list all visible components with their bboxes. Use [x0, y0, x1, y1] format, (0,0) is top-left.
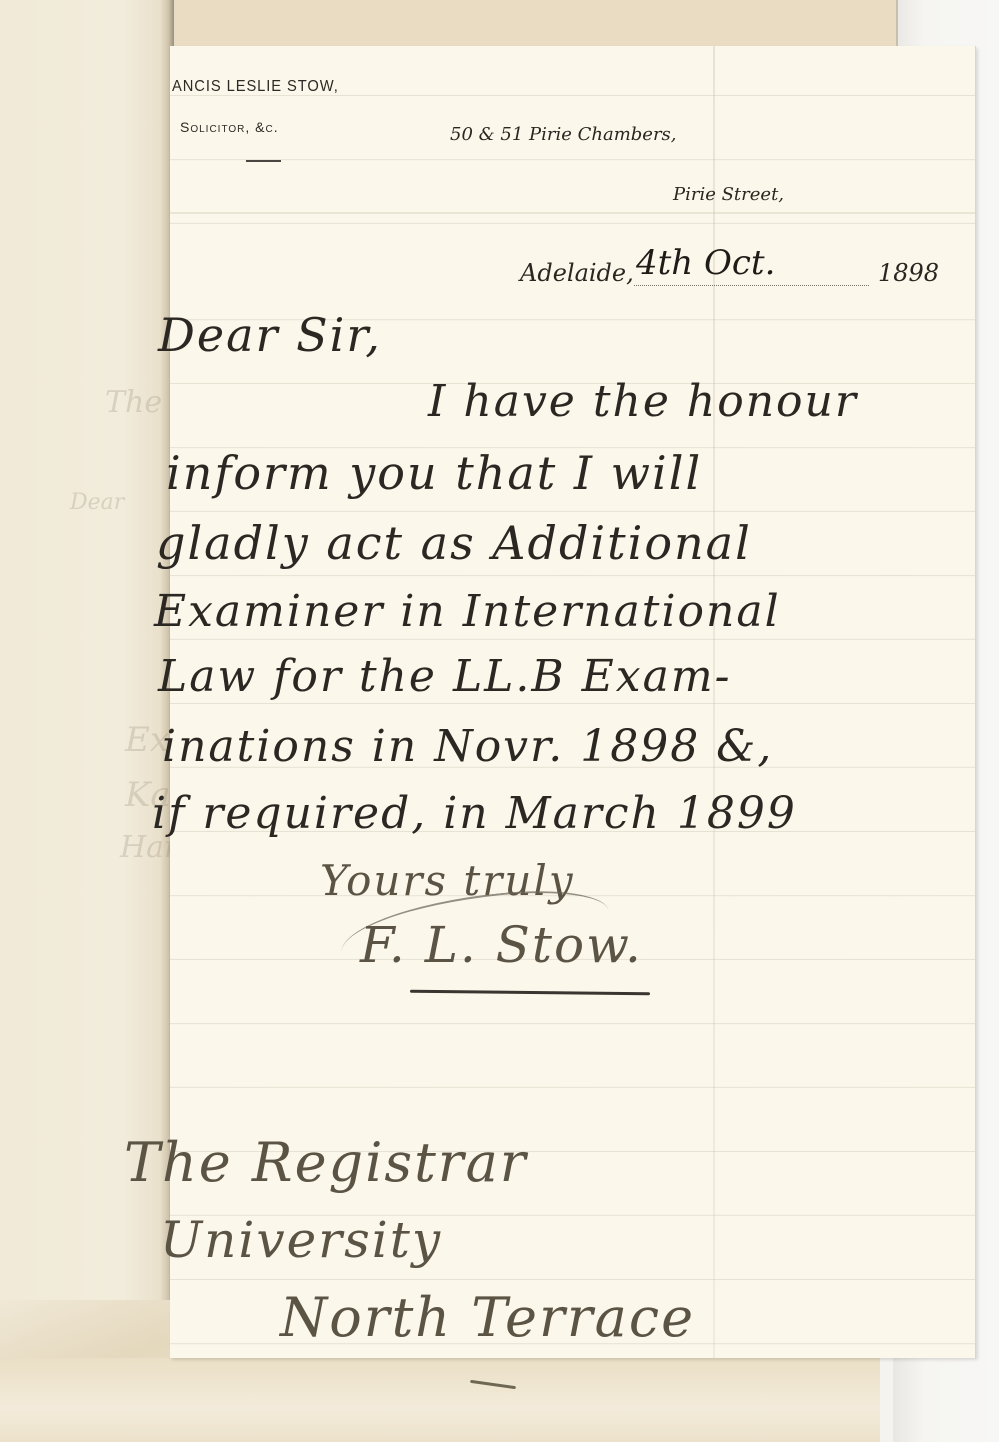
- body-line: gladly act as Additional: [156, 516, 752, 570]
- salutation: Dear Sir,: [158, 308, 382, 362]
- letterhead-role: Solicitor, &c.: [180, 119, 279, 135]
- horizontal-fold-line: [170, 212, 975, 214]
- signature-underline: [410, 990, 650, 996]
- address-line-1: 50 & 51 Pirie Chambers,: [450, 124, 677, 145]
- date-line: Adelaide, 4th Oct. 1898: [520, 251, 955, 291]
- addressee-line: The Registrar: [124, 1131, 528, 1194]
- body-line: inations in Novr. 1898 &,: [162, 721, 773, 772]
- date-dotted-rule: [634, 285, 869, 286]
- left-facing-page: The Dear Ex Ka Har: [0, 0, 175, 1442]
- body-line: Law for the LL.B Exam-: [158, 651, 731, 702]
- addressee-line: University: [160, 1211, 442, 1269]
- body-line: Examiner in International: [154, 586, 781, 637]
- back-sheet-top-edge: [172, 0, 898, 50]
- letterhead-divider: [246, 160, 281, 162]
- date-year: 1898: [878, 259, 939, 287]
- back-sheet-bottom: [0, 1358, 880, 1442]
- body-line: I have the honour: [428, 376, 858, 427]
- address-line-2: Pirie Street,: [673, 184, 784, 205]
- body-line: inform you that I will: [166, 446, 702, 500]
- date-handwritten: 4th Oct.: [636, 243, 775, 283]
- show-through-text: Dear: [70, 490, 124, 515]
- letter-sheet: ANCIS LESLIE STOW, Solicitor, &c. 50 & 5…: [170, 46, 976, 1358]
- addressee-line: North Terrace: [280, 1286, 695, 1349]
- signature: F. L. Stow.: [360, 916, 643, 974]
- body-line: if required, in March 1899: [152, 788, 797, 839]
- letterhead-name: ANCIS LESLIE STOW,: [172, 78, 339, 96]
- date-city: Adelaide,: [520, 259, 634, 287]
- show-through-text: The: [105, 385, 162, 420]
